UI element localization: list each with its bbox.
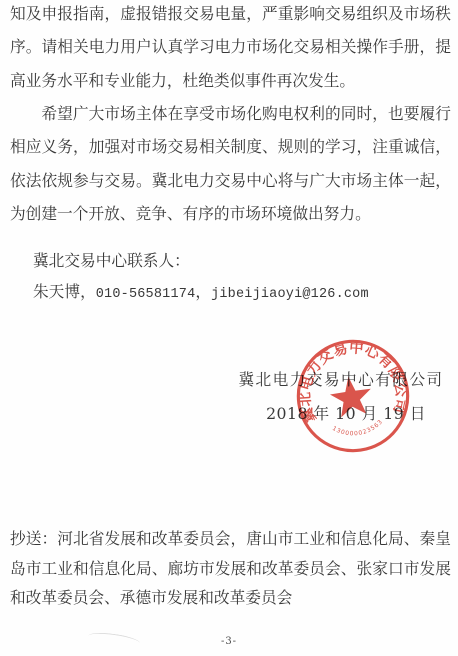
contact-block: 冀北交易中心联系人： 朱天博，010-56581174，jibeijiaoyi@…	[33, 246, 433, 310]
paragraph-commitment: 希望广大市场主体在享受市场化购电权利的同时，也要履行相应义务，加强对市场交易相关…	[10, 97, 451, 231]
contact-email: jibeijiaoyi@126.com	[211, 287, 369, 302]
signature-block: 冀北电力交易中心有限公司 2018 年 10 月 19 日	[234, 363, 448, 430]
contact-label: 冀北交易中心联系人：	[33, 246, 433, 277]
contact-phone: 010-56581174	[96, 287, 196, 302]
signature-date: 2018 年 10 月 19 日	[234, 397, 448, 431]
scanned-letter-page: 知及申报指南，虚报错报交易电量，严重影响交易组织及市场秩序。请相关电力用户认真学…	[0, 0, 458, 656]
signature-company: 冀北电力交易中心有限公司	[234, 363, 448, 397]
contact-line: 朱天博，010-56581174，jibeijiaoyi@126.com	[33, 277, 433, 311]
paragraph-continuation: 知及申报指南，虚报错报交易电量，严重影响交易组织及市场秩序。请相关电力用户认真学…	[10, 0, 451, 97]
cc-distribution-line: 抄送：河北省发展和改革委员会，唐山市工业和信息化局、秦皇岛市工业和信息化局、廊坊…	[10, 524, 451, 613]
contact-separator: ，	[195, 282, 211, 301]
contact-separator: ，	[80, 282, 96, 301]
page-number: -3-	[0, 636, 458, 647]
contact-person: 朱天博	[33, 282, 80, 301]
